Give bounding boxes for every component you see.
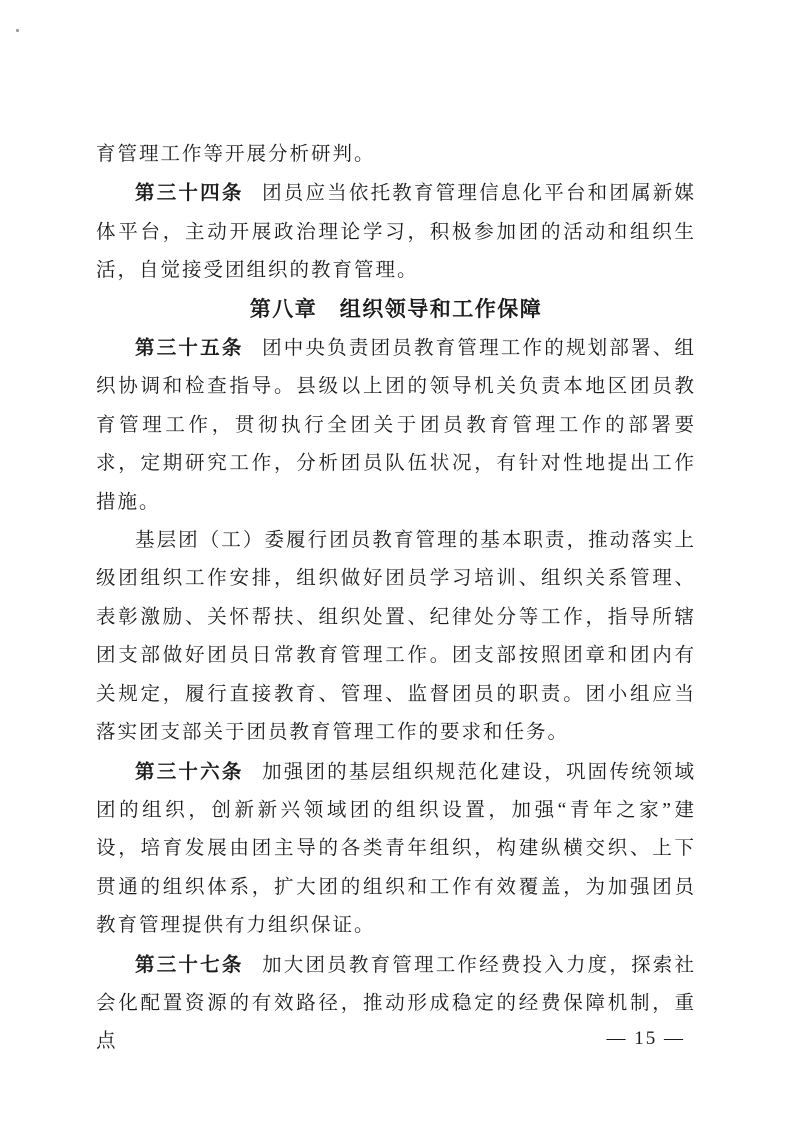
article-34: 第三十四条团员应当依托教育管理信息化平台和团属新媒体平台，主动开展政治理论学习，… — [96, 174, 696, 290]
chapter-heading: 第八章 组织领导和工作保障 — [96, 291, 696, 329]
paragraph-text: 基层团（工）委履行团员教育管理的基本职责，推动落实上级团组织工作安排，组织做好团… — [96, 530, 696, 743]
article-number: 第三十五条 — [135, 337, 244, 359]
paragraph-grassroots-duties: 基层团（工）委履行团员教育管理的基本职责，推动落实上级团组织工作安排，组织做好团… — [96, 522, 696, 752]
article-number: 第三十七条 — [135, 954, 244, 976]
scan-artifact-dot — [16, 29, 19, 32]
article-number: 第三十四条 — [135, 182, 244, 204]
article-text: 加强团的基层组织规范化建设，巩固传统领域团的组织，创新新兴领域团的组织设置，加强… — [96, 762, 696, 937]
page-number: — 15 — — [607, 1028, 686, 1050]
article-36: 第三十六条加强团的基层组织规范化建设，巩固传统领域团的组织，创新新兴领域团的组织… — [96, 753, 696, 946]
paragraph-continuation: 育管理工作等开展分析研判。 — [96, 136, 696, 174]
article-text: 团中央负责团员教育管理工作的规划部署、组织协调和检查指导。县级以上团的领导机关负… — [96, 338, 696, 513]
document-body: 育管理工作等开展分析研判。 第三十四条团员应当依托教育管理信息化平台和团属新媒体… — [96, 136, 696, 1062]
document-page: 育管理工作等开展分析研判。 第三十四条团员应当依托教育管理信息化平台和团属新媒体… — [0, 0, 793, 1123]
article-number: 第三十六条 — [135, 761, 244, 783]
paragraph-text: 育管理工作等开展分析研判。 — [96, 144, 376, 165]
article-35: 第三十五条团中央负责团员教育管理工作的规划部署、组织协调和检查指导。县级以上团的… — [96, 329, 696, 522]
